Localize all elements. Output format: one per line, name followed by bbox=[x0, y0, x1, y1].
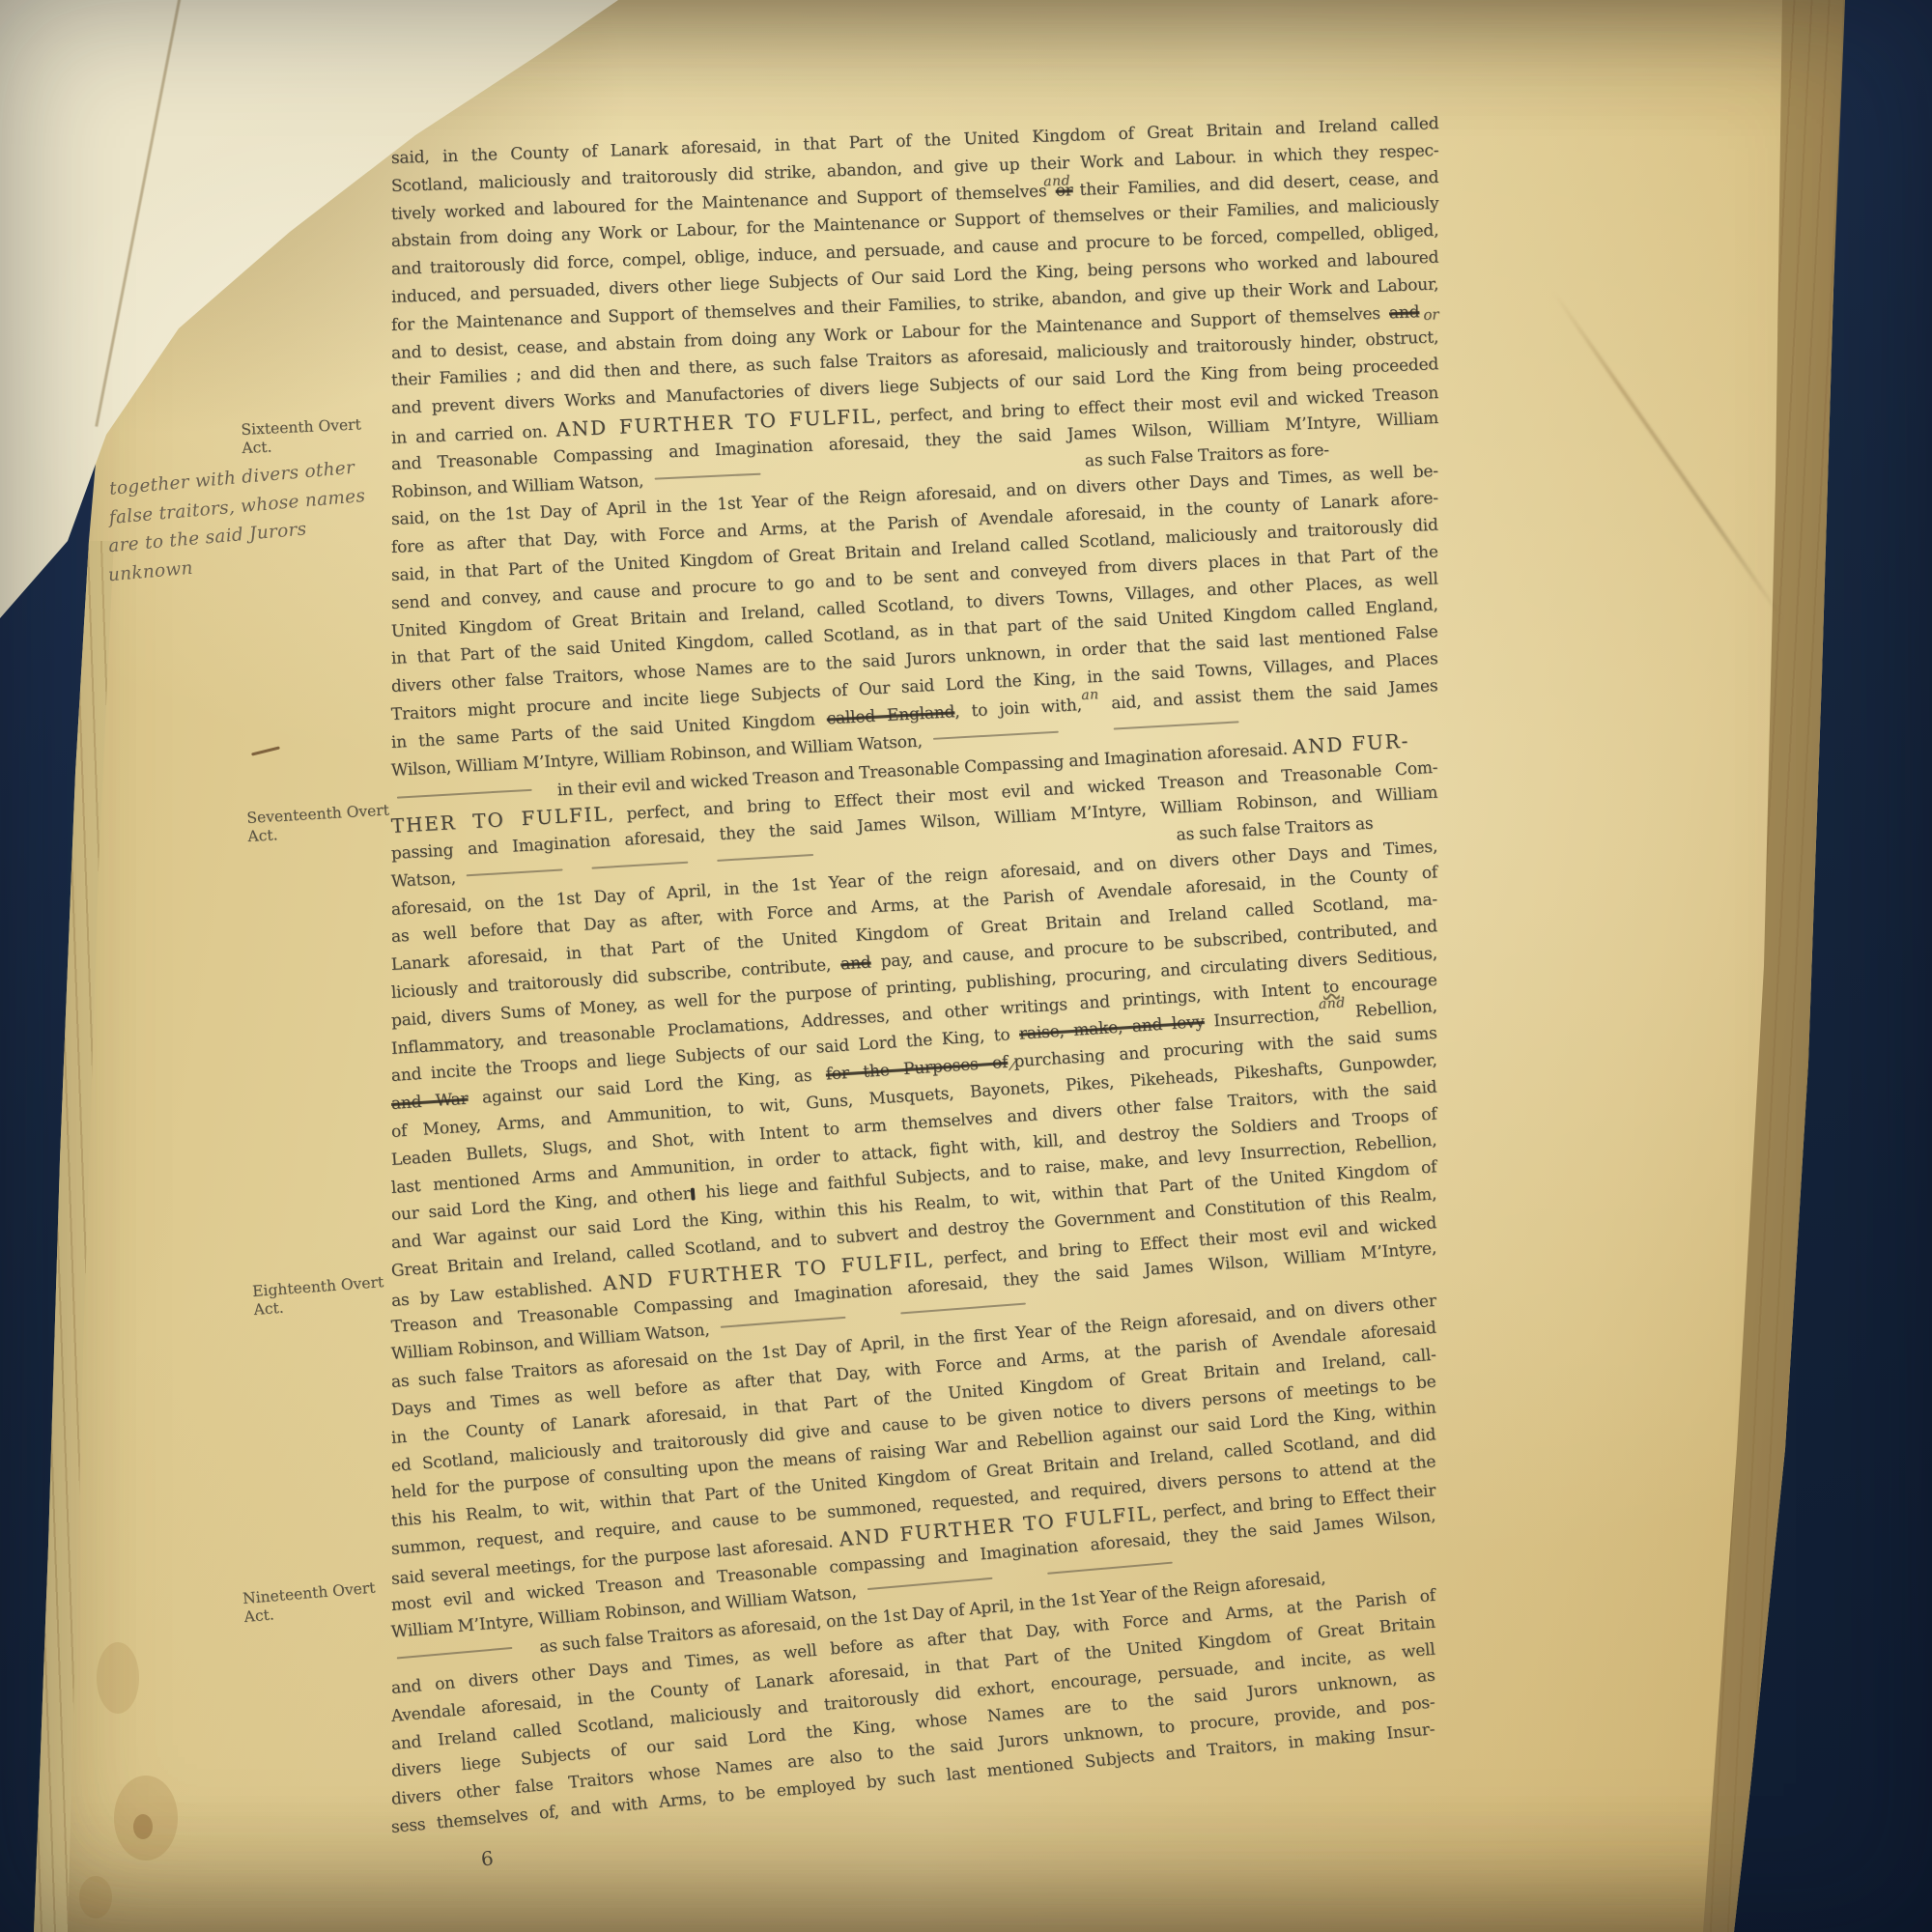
paper-stain bbox=[133, 1814, 153, 1839]
blank-filler-dash bbox=[867, 1577, 992, 1590]
page-number: 6 bbox=[480, 1846, 495, 1870]
handwritten-insertion: or bbox=[1423, 305, 1439, 324]
handwritten-insertion: an bbox=[1081, 687, 1099, 703]
paper-stain bbox=[97, 1642, 139, 1714]
overt-act-margin-note: Sixteenth OvertAct. bbox=[241, 415, 362, 458]
blank-filler-dash bbox=[467, 868, 563, 876]
blank-filler-dash bbox=[397, 789, 532, 799]
handwritten-margin-note: together with divers otherfalse traitors… bbox=[108, 453, 372, 588]
blank-filler-dash bbox=[1047, 1562, 1173, 1575]
blank-filler-dash bbox=[720, 1317, 845, 1328]
struck-text: and bbox=[1389, 302, 1420, 323]
handwritten-insertion: and bbox=[1318, 996, 1346, 1013]
struck-text: and War bbox=[390, 1090, 469, 1114]
photograph-scene: together with divers otherfalse traitors… bbox=[0, 0, 1932, 1932]
blank-filler-dash bbox=[1113, 721, 1238, 729]
blank-filler-dash bbox=[592, 861, 689, 868]
blank-filler-dash bbox=[933, 730, 1059, 739]
handwritten-insertion: and bbox=[1043, 173, 1070, 189]
struck-text: called England bbox=[826, 702, 955, 728]
blank-filler-dash bbox=[717, 854, 813, 862]
struck-text: and bbox=[840, 952, 872, 974]
paper-stain bbox=[79, 1876, 112, 1918]
blank-filler-dash bbox=[900, 1303, 1026, 1315]
blank-filler-dash bbox=[654, 472, 760, 479]
blank-filler-dash bbox=[397, 1647, 513, 1660]
